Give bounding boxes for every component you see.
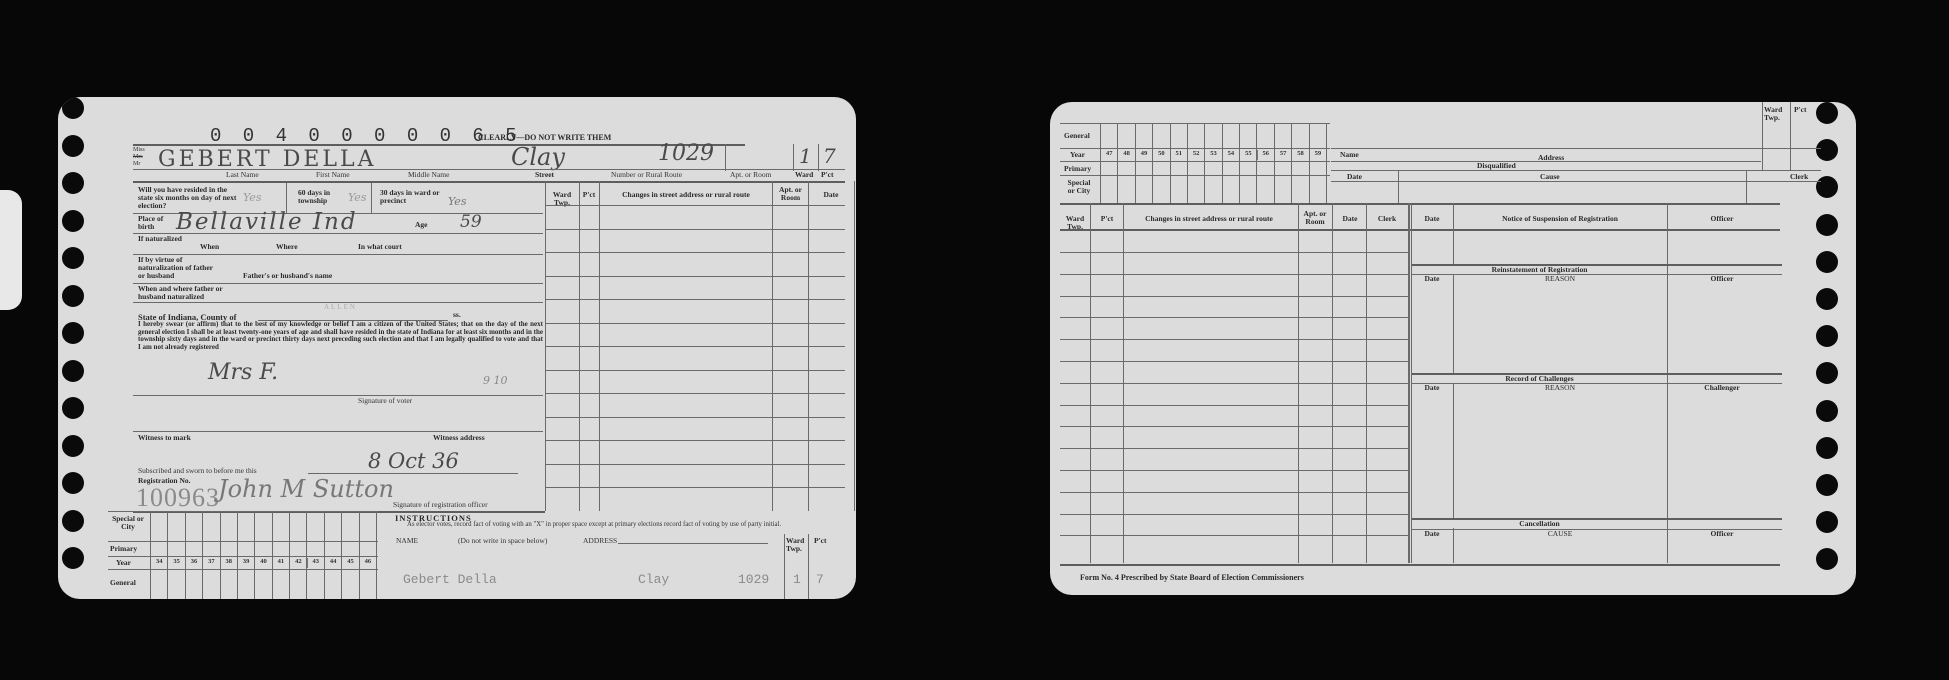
row-line: [545, 393, 845, 394]
vote-year-cell: 52: [1187, 150, 1204, 160]
oath-text: I hereby swear (or affirm) that to the b…: [138, 321, 543, 351]
grid-line: [150, 511, 151, 599]
punch-hole: [62, 322, 84, 344]
punch-hole: [1816, 362, 1838, 384]
vote-year-cell: 47: [1100, 150, 1117, 160]
row-line: [1060, 317, 1410, 318]
place-of-birth-label: Place of birth: [138, 215, 174, 231]
punch-hole: [62, 247, 84, 269]
challenges-date: Date: [1412, 384, 1452, 392]
title-options: Miss Mrs Mr: [133, 147, 153, 168]
punch-hole: [62, 210, 84, 232]
vote-year-cell: 54: [1222, 150, 1239, 160]
punch-hole: [62, 397, 84, 419]
punch-hole: [62, 510, 84, 532]
vote-year-cell: 59: [1309, 150, 1326, 160]
row-line: [1060, 470, 1410, 471]
col-date: Date: [1335, 215, 1365, 223]
label-pct: P'ct: [821, 171, 834, 179]
grid-line: [1291, 123, 1292, 203]
grid-line: [1222, 123, 1223, 203]
col-pct: P'ct: [1093, 215, 1121, 223]
cause-label: Cause: [1540, 173, 1560, 181]
registration-card-back: General Year 47484950515253545556575859 …: [1050, 102, 1856, 595]
subscribed-label: Subscribed and sworn to before me this: [138, 467, 257, 475]
row-line: [1060, 383, 1410, 384]
row-line: [545, 417, 845, 418]
reinstatement-title: Reinstatement of Registration: [1412, 266, 1667, 274]
grid-label-general: General: [110, 579, 136, 587]
vote-year-cell: 51: [1170, 150, 1187, 160]
name-label: Name: [1340, 151, 1359, 159]
vote-year-cell: 56: [1257, 150, 1274, 160]
grid-label-primary: Primary: [110, 545, 137, 553]
cancellation-officer: Officer: [1672, 530, 1772, 538]
stub-typed-number: 1029: [738, 572, 769, 587]
vote-year-cell: 36: [185, 558, 202, 568]
grid-label-year: Year: [1070, 151, 1085, 159]
vote-year-cell: 41: [272, 558, 289, 568]
grid-label-primary: Primary: [1064, 165, 1091, 173]
stub-name-label: NAME: [396, 537, 418, 545]
vote-year-cell: 37: [202, 558, 219, 568]
punch-hole: [1816, 511, 1838, 533]
row-line: [545, 440, 845, 441]
label-last-name: Last Name: [226, 171, 259, 179]
pct-label: P'ct: [1794, 106, 1807, 114]
col-changes: Changes in street address or rural route: [1124, 215, 1294, 223]
grid-line: [1187, 123, 1188, 203]
township-label: 60 days in township: [298, 189, 346, 205]
row-line: [1060, 274, 1410, 275]
grid-line: [272, 511, 273, 599]
suspension-officer: Officer: [1672, 215, 1772, 223]
place-of-birth-value: Bellaville Ind: [176, 209, 358, 235]
grid-line: [1274, 123, 1275, 203]
vote-year-cell: 43: [307, 558, 324, 568]
vote-year-cell: 45: [341, 558, 358, 568]
col-apt: Apt. or Room: [1300, 210, 1330, 226]
registration-card-front: 0 0 4 0 0 0 0 0 6 5 CLEARLY—DO NOT WRITE…: [58, 97, 856, 599]
ward-label: Ward Twp.: [1764, 106, 1788, 122]
vote-year-cell: 49: [1135, 150, 1152, 160]
punch-hole: [1816, 214, 1838, 236]
grid-line: [1117, 123, 1118, 203]
grid-line: [237, 511, 238, 599]
officer-label: Signature of registration officer: [393, 501, 488, 509]
label-apt: Apt. or Room: [730, 171, 771, 179]
naturalized-where: Where: [276, 243, 298, 251]
witness-address-label: Witness address: [433, 434, 485, 442]
punch-hole: [1816, 548, 1838, 570]
ward-days-label: 30 days in ward or precinct: [380, 189, 445, 205]
oath-ss: ss.: [453, 311, 461, 319]
naturalized-when: When: [200, 243, 219, 251]
date-label: Date: [1347, 173, 1362, 181]
subscribed-date: 8 Oct 36: [368, 449, 459, 473]
vote-year-cell: 38: [220, 558, 237, 568]
cancellation-title: Cancellation: [1412, 520, 1667, 528]
county-faint: ALLEN: [324, 303, 357, 311]
grid-line: [341, 511, 342, 599]
punch-hole: [1816, 437, 1838, 459]
punch-hole: [1816, 176, 1838, 198]
stub-address-label: ADDRESS: [583, 537, 617, 545]
vote-year-cell: 39: [237, 558, 254, 568]
label-number: Number or Rural Route: [611, 171, 682, 179]
residence-answer: Yes: [243, 191, 261, 204]
witness-label: Witness to mark: [138, 434, 191, 442]
grid-line: [359, 511, 360, 599]
col-apt: Apt. or Room: [774, 186, 807, 202]
grid-line: [202, 511, 203, 599]
punch-hole: [62, 547, 84, 569]
row-line: [545, 464, 845, 465]
punch-hole: [62, 360, 84, 382]
punch-hole: [1816, 400, 1838, 422]
grid-line: [1170, 123, 1171, 203]
grid-label-general: General: [1064, 132, 1090, 140]
ward-days-answer: Yes: [448, 195, 466, 208]
grid-line: [254, 511, 255, 599]
row-line: [1060, 405, 1410, 406]
vote-year-cell: 44: [324, 558, 341, 568]
grid-line: [289, 511, 290, 599]
punch-hole: [62, 135, 84, 157]
label-middle-name: Middle Name: [408, 171, 449, 179]
signature-label: Signature of voter: [358, 397, 412, 405]
row-line: [545, 323, 845, 324]
grid-line: [1239, 123, 1240, 203]
grid-line: [1135, 123, 1136, 203]
row-line: [1060, 535, 1410, 536]
cancellation-date: Date: [1412, 530, 1452, 538]
row-line: [1060, 492, 1410, 493]
naturalized-court: In what court: [358, 243, 402, 251]
residence-question: Will you have resided in the state six m…: [138, 186, 238, 210]
precinct-number: 7: [823, 144, 836, 168]
vote-year-cell: 40: [254, 558, 271, 568]
father-name-label: Father's or husband's name: [243, 272, 332, 280]
stub-note: (Do not write in space below): [458, 537, 547, 545]
punch-hole: [1816, 251, 1838, 273]
punch-hole: [1816, 102, 1838, 124]
grid-line: [185, 511, 186, 599]
reinstatement-date: Date: [1412, 275, 1452, 283]
reinstatement-reason: REASON: [1455, 275, 1665, 283]
row-line: [1060, 514, 1410, 515]
row-line: [1060, 361, 1410, 362]
punch-hole: [1816, 288, 1838, 310]
instructions-text: As elector votes, record fact of voting …: [395, 521, 805, 529]
punch-hole: [62, 285, 84, 307]
stub-typed-pct: 7: [816, 572, 824, 587]
col-clerk: Clerk: [818, 191, 856, 199]
grid-line: [1100, 123, 1101, 203]
row-line: [545, 229, 845, 230]
ward-number: 1: [799, 144, 812, 168]
label-ward: Ward: [795, 171, 813, 179]
row-line: [545, 276, 845, 277]
vote-year-cell: 53: [1204, 150, 1221, 160]
form-footer: Form No. 4 Prescribed by State Board of …: [1080, 574, 1304, 582]
challenges-challenger: Challenger: [1672, 384, 1772, 392]
virtue-label: If by virtue of naturalization of father…: [138, 256, 218, 280]
row-line: [545, 205, 845, 206]
grid-line: [1152, 123, 1153, 203]
grid-line: [1204, 123, 1205, 203]
punch-hole: [62, 472, 84, 494]
grid-line: [306, 511, 307, 599]
township-answer: Yes: [348, 191, 366, 204]
grid-label-year: Year: [116, 559, 131, 567]
suspension-date: Date: [1412, 215, 1452, 223]
registration-number: 100963: [136, 483, 220, 513]
reinstatement-officer: Officer: [1672, 275, 1772, 283]
row-line: [1060, 339, 1410, 340]
row-line: [1060, 448, 1410, 449]
vote-year-cell: 58: [1291, 150, 1308, 160]
col-clerk: Clerk: [1368, 215, 1406, 223]
when-where-label: When and where father or husband natural…: [138, 285, 248, 301]
grid-line: [1309, 123, 1310, 203]
vote-year-cell: 46: [359, 558, 376, 568]
grid-line: [1326, 123, 1327, 203]
vote-year-cell: 35: [167, 558, 184, 568]
row-line: [545, 487, 845, 488]
vote-year-cell: 48: [1117, 150, 1134, 160]
punch-hole: [1816, 325, 1838, 347]
cancellation-cause: CAUSE: [1455, 530, 1665, 538]
row-line: [545, 252, 845, 253]
clerk-label: Clerk: [1790, 173, 1808, 181]
punch-hole: [62, 172, 84, 194]
punch-hole: [62, 97, 84, 119]
vote-year-cell: 55: [1239, 150, 1256, 160]
vote-year-cell: 34: [150, 558, 167, 568]
punch-hole: [62, 435, 84, 457]
stub-typed-ward: 1: [793, 572, 801, 587]
row-line: [545, 346, 845, 347]
stub-typed-name: Gebert Della: [403, 572, 497, 587]
punch-hole: [1816, 474, 1838, 496]
row-line: [545, 370, 845, 371]
house-number: 1029: [658, 141, 714, 166]
stub-pct-label: P'ct: [814, 537, 827, 545]
row-line: [1060, 296, 1410, 297]
vote-year-cell: 42: [289, 558, 306, 568]
col-pct: P'ct: [580, 191, 598, 199]
header-instruction: CLEARLY—DO NOT WRITE THEM: [478, 134, 611, 142]
grid-label-special: Special or City: [110, 515, 146, 531]
officer-signature: John M Sutton: [218, 475, 394, 503]
scan-artifact-left-edge: [0, 190, 22, 310]
label-street: Street: [535, 171, 554, 179]
punch-hole: [1816, 139, 1838, 161]
label-first-name: First Name: [316, 171, 350, 179]
grid-line: [167, 511, 168, 599]
row-line: [1060, 252, 1410, 253]
grid-line: [220, 511, 221, 599]
voter-signature: Mrs F.: [208, 360, 278, 385]
grid-line: [376, 511, 377, 599]
grid-line: [324, 511, 325, 599]
grid-line: [1256, 123, 1257, 203]
signature-extra: 9 10: [483, 374, 508, 387]
suspension-title: Notice of Suspension of Registration: [1455, 215, 1665, 223]
vote-year-cell: 57: [1274, 150, 1291, 160]
col-changes: Changes in street address or rural route: [601, 191, 771, 199]
vote-year-cell: 50: [1152, 150, 1169, 160]
stub-typed-street: Clay: [638, 572, 669, 587]
age-label: Age: [415, 221, 428, 229]
disqualified-label: Disqualified: [1477, 162, 1516, 170]
row-line: [545, 299, 845, 300]
challenges-title: Record of Challenges: [1412, 375, 1667, 383]
street-name: Clay: [511, 143, 565, 171]
age-value: 59: [460, 212, 482, 232]
stub-ward-label: Ward Twp.: [786, 537, 806, 553]
challenges-reason: REASON: [1455, 384, 1665, 392]
row-line: [1060, 426, 1410, 427]
naturalized-label: If naturalized: [138, 235, 184, 243]
grid-label-special: Special or City: [1064, 179, 1094, 195]
